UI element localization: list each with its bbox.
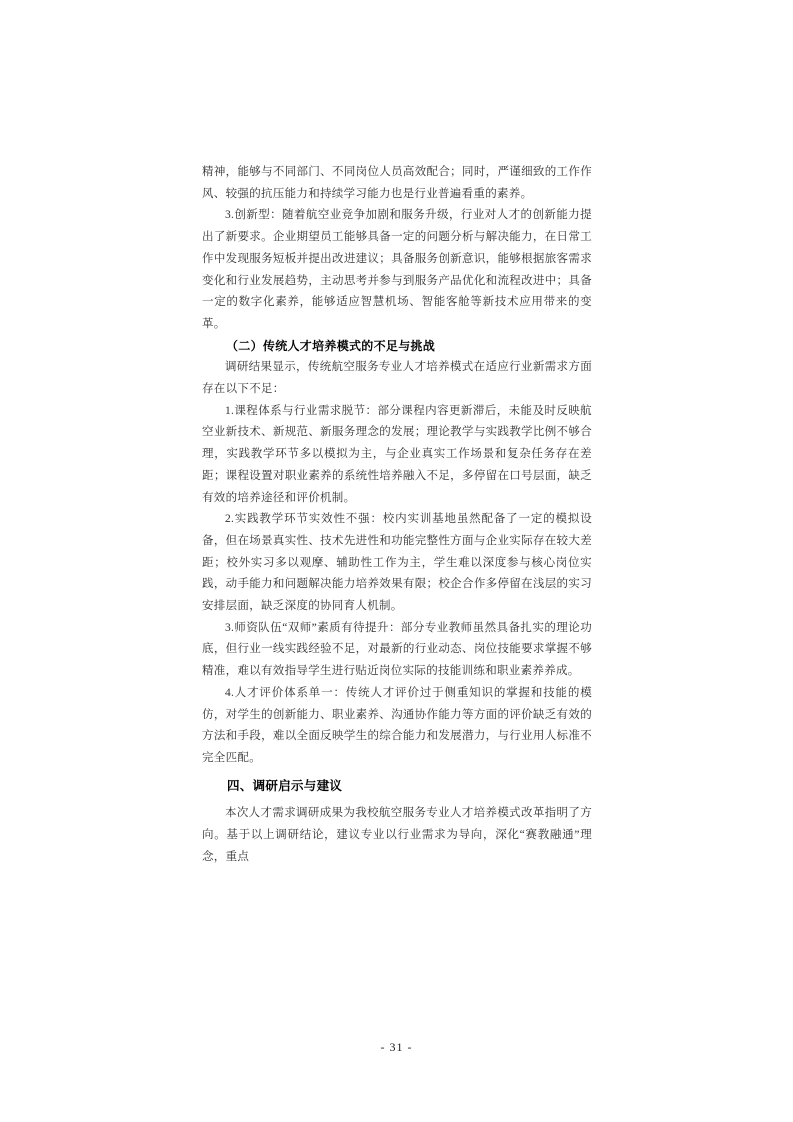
body-paragraph: 3.师资队伍“双师”素质有待提升：部分专业教师虽然具备扎实的理论功底，但行业一线… xyxy=(202,618,592,683)
document-body: 精神，能够与不同部门、不同岗位人员高效配合；同时，严谨细致的工作作风、较强的抗压… xyxy=(202,162,592,869)
body-paragraph: 2.实践教学环节实效性不强：校内实训基地虽然配备了一定的模拟设备，但在场景真实性… xyxy=(202,509,592,618)
subsection-heading: （二）传统人才培养模式的不足与挑战 xyxy=(202,336,592,358)
body-paragraph: 调研结果显示，传统航空服务专业人才培养模式在适应行业新需求方面存在以下不足： xyxy=(202,357,592,400)
body-paragraph: 3.创新型：随着航空业竞争加剧和服务升级，行业对人才的创新能力提出了新要求。企业… xyxy=(202,205,592,335)
section-heading: 四、调研启示与建议 xyxy=(202,776,592,798)
body-paragraph: 本次人才需求调研成果为我校航空服务专业人才培养模式改革指明了方向。基于以上调研结… xyxy=(202,803,592,868)
document-page: 精神，能够与不同部门、不同岗位人员高效配合；同时，严谨细致的工作作风、较强的抗压… xyxy=(0,0,793,1122)
body-paragraph: 精神，能够与不同部门、不同岗位人员高效配合；同时，严谨细致的工作作风、较强的抗压… xyxy=(202,162,592,205)
body-paragraph: 1.课程体系与行业需求脱节：部分课程内容更新滞后，未能及时反映航空业新技术、新规… xyxy=(202,401,592,510)
page-number: - 31 - xyxy=(0,1040,793,1055)
body-paragraph: 4.人才评价体系单一：传统人才评价过于侧重知识的掌握和技能的模仿，对学生的创新能… xyxy=(202,683,592,770)
